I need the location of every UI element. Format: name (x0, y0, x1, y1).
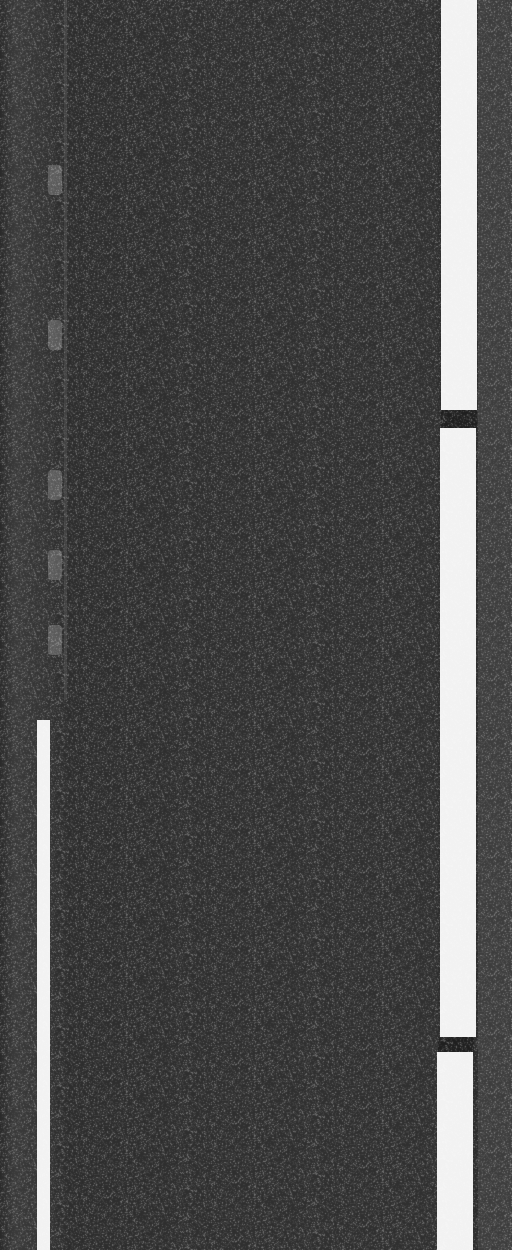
road-surface (0, 0, 512, 1250)
asphalt-texture (0, 0, 512, 1250)
